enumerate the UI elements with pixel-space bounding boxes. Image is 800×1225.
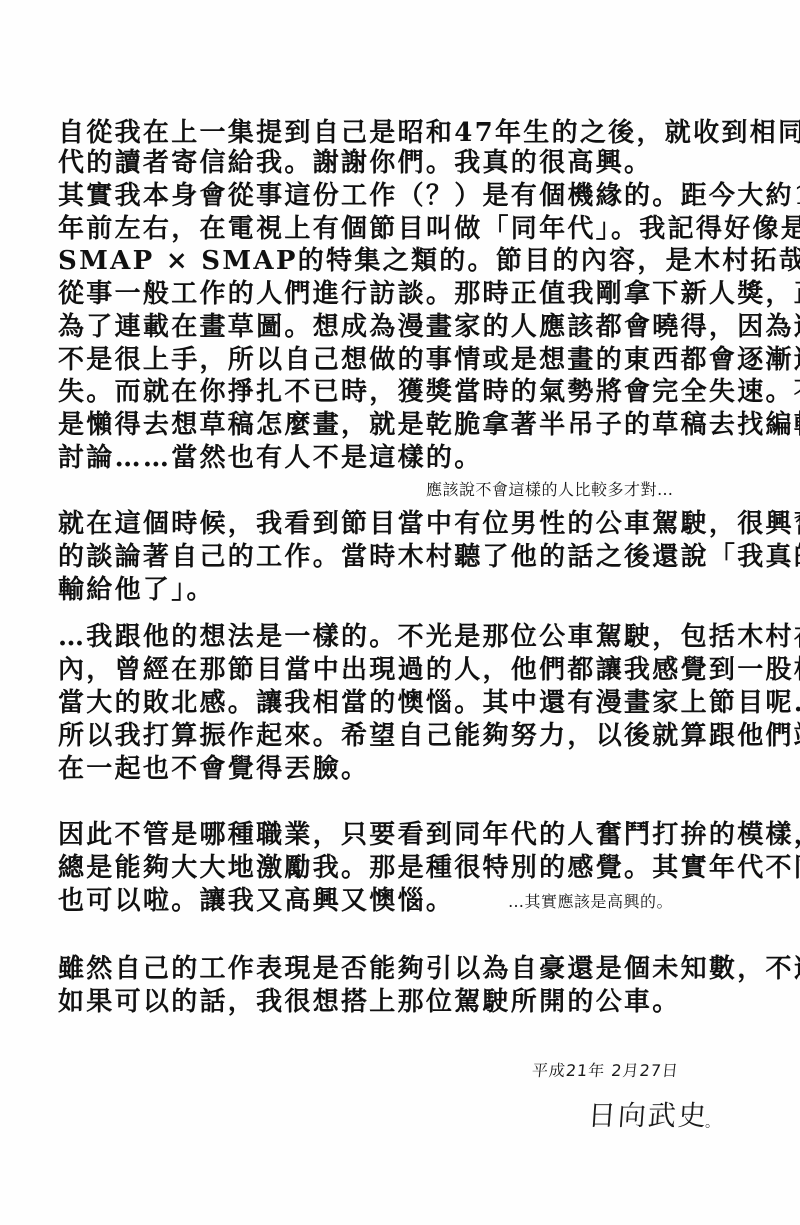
text-line: 年前左右，在電視上有個節目叫做「同年代」。我記得好像是: [58, 213, 758, 245]
handwritten-date: 平成21年 2月27日: [531, 1058, 680, 1081]
text-line: 如果可以的話，我很想搭上那位駕駛所開的公車。: [58, 986, 758, 1018]
letter-page: 自從我在上一集提到自己是昭和47年生的之後，就收到相同年 代的讀者寄信給我。謝謝…: [0, 0, 800, 1225]
text-line: 不是很上手，所以自己想做的事情或是想畫的東西都會逐漸迷: [58, 344, 758, 376]
side-note: 應該說不會這樣的人比較多才對…: [426, 480, 674, 500]
text-line: 當大的敗北感。讓我相當的懊惱。其中還有漫畫家上節目呢…: [58, 687, 758, 719]
text-line: 為了連載在畫草圖。想成為漫畫家的人應該都會曉得，因為還: [58, 311, 758, 343]
text-line: …我跟他的想法是一樣的。不光是那位公車駕駛，包括木村在: [58, 621, 758, 653]
text-line: 在一起也不會覺得丟臉。: [58, 753, 758, 785]
text-line: 代的讀者寄信給我。謝謝你們。我真的很高興。: [58, 147, 758, 179]
text-line: 其實我本身會從事這份工作（？）是有個機緣的。距今大約10: [58, 180, 758, 212]
text-line: 內，曾經在那節目當中出現過的人，他們都讓我感覺到一股相: [58, 654, 758, 686]
text-line: 的談論著自己的工作。當時木村聽了他的話之後還說「我真的: [58, 541, 758, 573]
text-line: 從事一般工作的人們進行訪談。那時正值我剛拿下新人獎，正: [58, 278, 758, 310]
side-note: …其實應該是高興的。: [508, 892, 673, 912]
text-line: 雖然自己的工作表現是否能夠引以為自豪還是個未知數，不過: [58, 953, 758, 985]
text-line: 總是能夠大大地激勵我。那是種很特別的感覺。其實年代不同: [58, 852, 758, 884]
text-line: 是懶得去想草稿怎麼畫，就是乾脆拿著半吊子的草稿去找編輯: [58, 409, 758, 441]
text-line: 就在這個時候，我看到節目當中有位男性的公車駕駛，很興奮: [58, 508, 758, 540]
signature-mark: 。: [705, 1112, 719, 1132]
handwritten-signature: 日向武史: [587, 1094, 710, 1134]
text-line: 因此不管是哪種職業，只要看到同年代的人奮鬥打拚的模樣，: [58, 819, 758, 851]
text-line: 討論……當然也有人不是這樣的。: [58, 442, 758, 474]
text-line: 失。而就在你掙扎不已時，獲獎當時的氣勢將會完全失速。不: [58, 376, 758, 408]
text-line: SMAP × SMAP的特集之類的。節目的內容，是木村拓哉他跟: [58, 245, 758, 277]
text-line: 所以我打算振作起來。希望自己能夠努力，以後就算跟他們站: [58, 720, 758, 752]
text-line: 輸給他了」。: [58, 574, 758, 606]
text-line: 自從我在上一集提到自己是昭和47年生的之後，就收到相同年: [58, 117, 758, 149]
